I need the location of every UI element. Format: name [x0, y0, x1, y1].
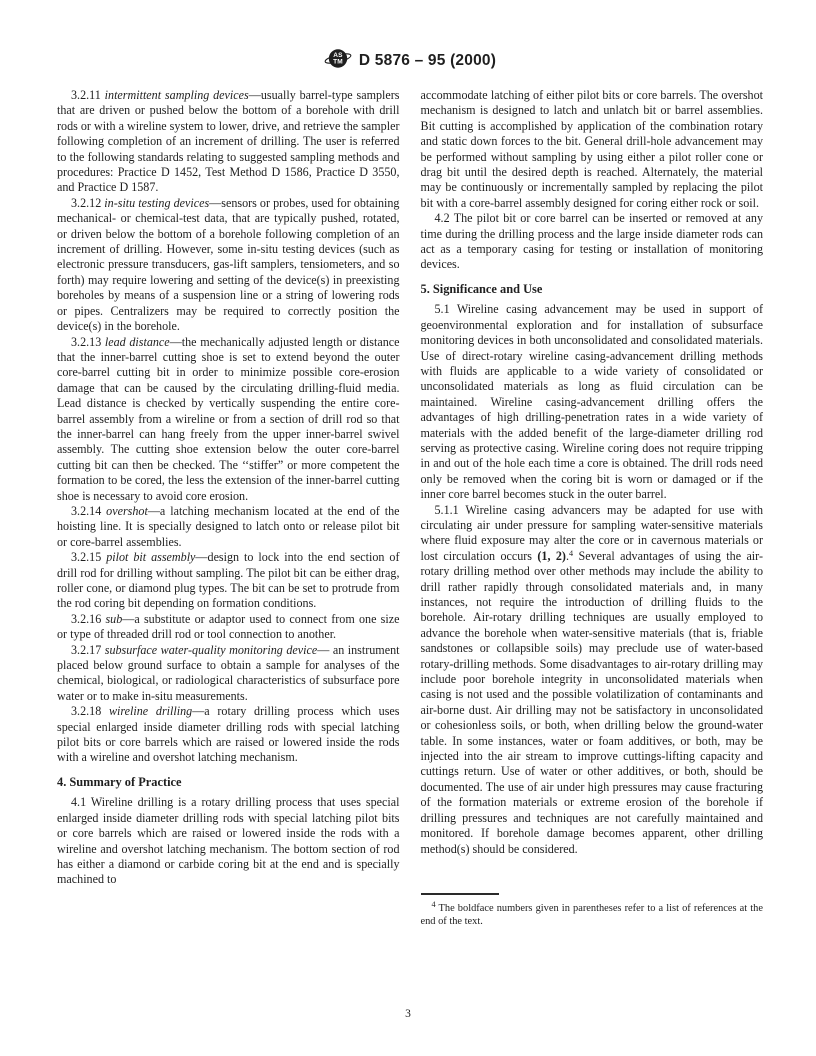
definition-paragraph-3-2-13: 3.2.13 lead distance—the mechanically ad…: [57, 335, 400, 504]
paragraph-4-1: 4.1 Wireline drilling is a rotary drilli…: [57, 795, 400, 887]
document-page: AS TM D 5876 – 95 (2000) 3.2.11 intermit…: [0, 0, 816, 1056]
footnote-block: 4 The boldface numbers given in parenthe…: [421, 893, 764, 929]
paragraph-number: 3.2.11: [71, 88, 101, 102]
astm-logo-icon: AS TM: [324, 47, 352, 75]
definition-paragraph-3-2-14: 3.2.14 overshot—a latching mechanism loc…: [57, 504, 400, 550]
paragraph-number: 4.2: [435, 211, 450, 225]
paragraph-4-1-continuation: accommodate latching of either pilot bit…: [421, 88, 764, 211]
paragraph-number: 3.2.13: [71, 335, 101, 349]
definition-body: —sensors or probes, used for obtaining m…: [57, 196, 400, 333]
definition-term: lead distance: [105, 335, 170, 349]
right-column: accommodate latching of either pilot bit…: [421, 88, 764, 929]
footnote-text: 4 The boldface numbers given in parenthe…: [421, 902, 764, 929]
paragraph-number: 3.2.16: [71, 612, 101, 626]
section-5-heading: 5. Significance and Use: [421, 282, 764, 297]
paragraph-number: 3.2.15: [71, 550, 101, 564]
definition-term: in-situ testing devices: [104, 196, 209, 210]
section-4-heading: 4. Summary of Practice: [57, 775, 400, 790]
reference-citation: (1, 2): [537, 549, 566, 563]
definition-paragraph-3-2-16: 3.2.16 sub—a substitute or adaptor used …: [57, 612, 400, 643]
paragraph-body-end: Several advantages of using the air-rota…: [421, 549, 764, 856]
paragraph-body: The pilot bit or core barrel can be inse…: [421, 211, 764, 271]
definition-body: —the mechanically adjusted length or dis…: [57, 335, 400, 503]
paragraph-5-1-1: 5.1.1 Wireline casing advancers may be a…: [421, 503, 764, 857]
paragraph-4-2: 4.2 The pilot bit or core barrel can be …: [421, 211, 764, 273]
left-column: 3.2.11 intermittent sampling devices—usu…: [57, 88, 400, 929]
paragraph-number: 3.2.12: [71, 196, 101, 210]
definition-term: overshot: [106, 504, 148, 518]
definition-paragraph-3-2-11: 3.2.11 intermittent sampling devices—usu…: [57, 88, 400, 196]
paragraph-5-1: 5.1 Wireline casing advancement may be u…: [421, 302, 764, 502]
two-column-body: 3.2.11 intermittent sampling devices—usu…: [57, 88, 763, 929]
paragraph-number: 4.1: [71, 795, 86, 809]
paragraph-number: 3.2.18: [71, 704, 101, 718]
definition-term: intermittent sampling devices: [105, 88, 249, 102]
footnote-separator-rule: [421, 893, 499, 895]
definition-term: wireline drilling: [109, 704, 192, 718]
definition-body: —usually barrel-type samplers that are d…: [57, 88, 400, 194]
paragraph-number: 3.2.14: [71, 504, 101, 518]
definition-paragraph-3-2-15: 3.2.15 pilot bit assembly—design to lock…: [57, 550, 400, 612]
definition-term: sub: [105, 612, 122, 626]
paragraph-body: Wireline casing advancement may be used …: [421, 302, 764, 501]
definition-paragraph-3-2-18: 3.2.18 wireline drilling—a rotary drilli…: [57, 704, 400, 766]
paragraph-number: 3.2.17: [71, 643, 101, 657]
definition-term: pilot bit assembly: [106, 550, 195, 564]
document-header: AS TM D 5876 – 95 (2000): [57, 47, 763, 75]
definition-paragraph-3-2-17: 3.2.17 subsurface water-quality monitori…: [57, 643, 400, 705]
svg-text:TM: TM: [333, 59, 343, 66]
footnote-body: The boldface numbers given in parenthese…: [421, 903, 764, 927]
paragraph-number: 5.1.1: [435, 503, 459, 517]
definition-term: subsurface water-quality monitoring devi…: [105, 643, 317, 657]
standard-designation: D 5876 – 95 (2000): [359, 52, 496, 70]
definition-paragraph-3-2-12: 3.2.12 in-situ testing devices—sensors o…: [57, 196, 400, 335]
paragraph-body: Wireline drilling is a rotary drilling p…: [57, 795, 400, 886]
page-number: 3: [0, 1008, 816, 1020]
paragraph-number: 5.1: [435, 302, 450, 316]
